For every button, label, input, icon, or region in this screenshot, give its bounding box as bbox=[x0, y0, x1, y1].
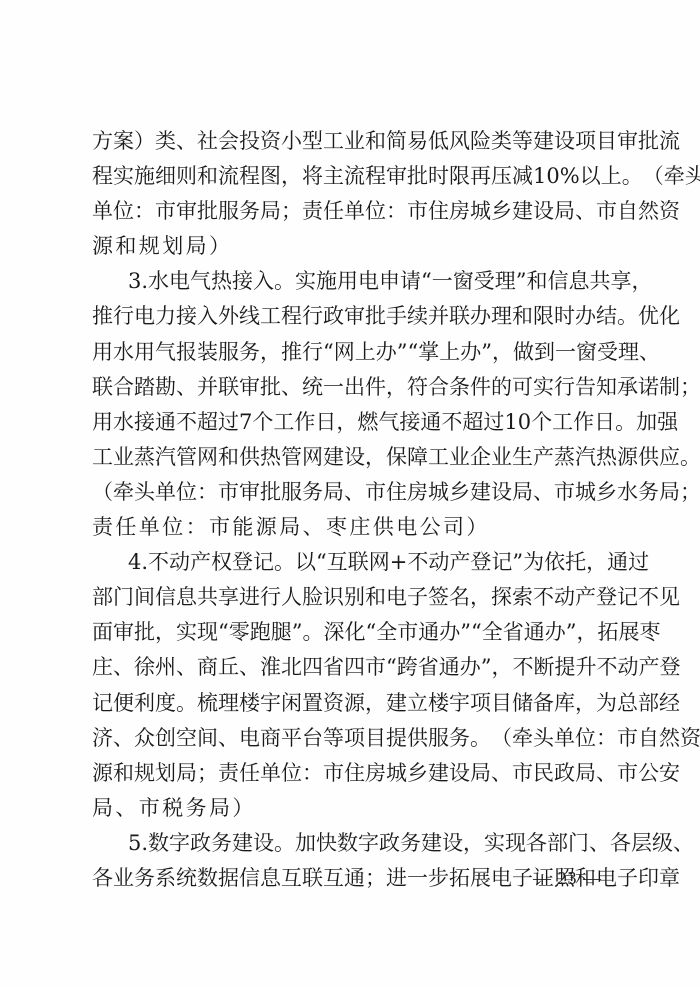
text-line: 局、市税务局） bbox=[92, 791, 610, 826]
text-line: 源和规划局） bbox=[92, 229, 610, 264]
text-line: 方案）类、社会投资小型工业和简易低风险类等建设项目审批流 bbox=[92, 124, 610, 159]
text-line: （牵头单位：市审批服务局、市住房城乡建设局、市城乡水务局； bbox=[92, 475, 610, 510]
text-line: 庄、徐州、商丘、淮北四省四市“跨省通办”，不断提升不动产登 bbox=[92, 650, 610, 685]
text-line: 面审批，实现“零跑腿”。深化“全市通办”“全省通办”，拓展枣 bbox=[92, 615, 610, 650]
body-text: 方案）类、社会投资小型工业和简易低风险类等建设项目审批流程实施细则和流程图，将主… bbox=[92, 124, 610, 896]
text-line: 5.数字政务建设。加快数字政务建设，实现各部门、各层级、 bbox=[92, 826, 610, 861]
text-line: 记便利度。梳理楼宇闲置资源，建立楼宇项目储备库，为总部经 bbox=[92, 686, 610, 721]
text-line: 用水接通不超过7个工作日，燃气接通不超过10个工作日。加强 bbox=[92, 405, 610, 440]
text-line: 单位：市审批服务局；责任单位：市住房城乡建设局、市自然资 bbox=[92, 194, 610, 229]
text-line: 联合踏勘、并联审批、统一出件，符合条件的可实行告知承诺制； bbox=[92, 370, 610, 405]
text-line: 3.水电气热接入。实施用电申请“一窗受理”和信息共享， bbox=[92, 264, 610, 299]
text-line: 责任单位：市能源局、枣庄供电公司） bbox=[92, 510, 610, 545]
text-line: 用水用气报装服务，推行“网上办”“掌上办”，做到一窗受理、 bbox=[92, 335, 610, 370]
text-line: 程实施细则和流程图，将主流程审批时限再压减10%以上。（牵头 bbox=[92, 159, 610, 194]
text-line: 济、众创空间、电商平台等项目提供服务。（牵头单位：市自然资 bbox=[92, 721, 610, 756]
page-number: — 23 — bbox=[533, 868, 602, 889]
text-line: 推行电力接入外线工程行政审批手续并联办理和限时办结。优化 bbox=[92, 299, 610, 334]
document-page: 方案）类、社会投资小型工业和简易低风险类等建设项目审批流程实施细则和流程图，将主… bbox=[0, 0, 700, 989]
text-line: 部门间信息共享进行人脸识别和电子签名，探索不动产登记不见 bbox=[92, 580, 610, 615]
text-line: 工业蒸汽管网和供热管网建设，保障工业企业生产蒸汽热源供应。 bbox=[92, 440, 610, 475]
text-line: 源和规划局；责任单位：市住房城乡建设局、市民政局、市公安 bbox=[92, 756, 610, 791]
text-line: 4.不动产权登记。以“互联网+不动产登记”为依托，通过 bbox=[92, 545, 610, 580]
